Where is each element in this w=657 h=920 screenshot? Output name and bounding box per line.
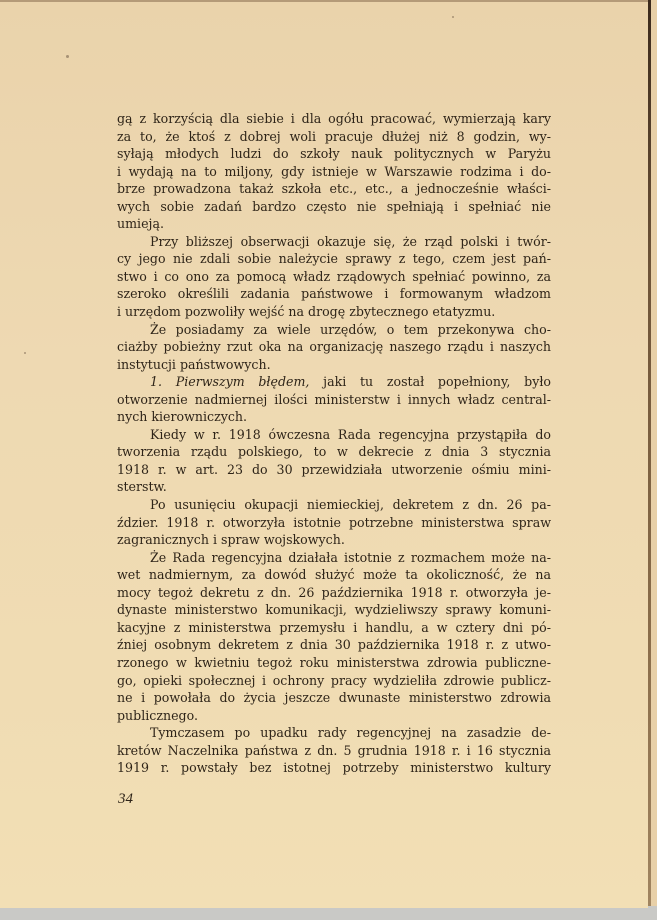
text-line: 1. Pierwszym błędem, jaki tu został pope… [117,373,551,391]
text-line: Że posiadamy za wiele urzędów, o tem prz… [117,321,551,339]
text-line: cy jego nie zdali sobie należycie sprawy… [117,250,551,268]
text-line: go, opieki społecznej i ochrony pracy wy… [117,672,551,690]
text-line: gą z korzyścią dla siebie i dla ogółu pr… [117,110,551,128]
text-line: rzonego w kwietniu tegoż roku ministerst… [117,654,551,672]
text-fragment: jaki tu został popełniony, było [309,374,551,389]
text-line: szeroko określili zadania państwowe i fo… [117,285,551,303]
paragraph: Że posiadamy za wiele urzędów, o tem prz… [117,321,551,374]
text-line: stwo i co ono za pomocą władz rządowych … [117,268,551,286]
page-number: 34 [118,791,133,808]
text-line: instytucji państwowych. [117,356,551,374]
text-line: syłają młodych ludzi do szkoły nauk poli… [117,145,551,163]
text-line: Że Rada regencyjna działała istotnie z r… [117,549,551,567]
next-page-edge [651,0,657,906]
text-line: zagranicznych i spraw wojskowych. [117,531,551,549]
paragraph: Że Rada regencyjna działała istotnie z r… [117,549,551,724]
paper-speck [66,55,69,58]
text-line: i wydają na to miljony, gdy istnieje w W… [117,163,551,181]
paragraph: Przy bliższej obserwacji okazuje się, że… [117,233,551,321]
paragraph: 1. Pierwszym błędem, jaki tu został pope… [117,373,551,426]
text-line: ździer. 1918 r. otworzyła istotnie potrz… [117,514,551,532]
text-line: dynaste ministerstwo komunikacji, wydzie… [117,601,551,619]
text-line: Tymczasem po upadku rady regencyjnej na … [117,724,551,742]
text-line: umieją. [117,215,551,233]
book-page: gą z korzyścią dla siebie i dla ogółu pr… [0,0,648,908]
text-line: tworzenia rządu polskiego, to w dekrecie… [117,443,551,461]
text-line: publicznego. [117,707,551,725]
paper-speck [452,16,454,18]
text-line: sterstw. [117,478,551,496]
text-line: za to, że ktoś z dobrej woli pracuje dłu… [117,128,551,146]
paragraph: Kiedy w r. 1918 ówczesna Rada regencyjna… [117,426,551,496]
text-line: wych sobie zadań bardzo często nie spełn… [117,198,551,216]
text-line: Kiedy w r. 1918 ówczesna Rada regencyjna… [117,426,551,444]
text-line: źniej osobnym dekretem z dnia 30 paździe… [117,636,551,654]
paragraph: Tymczasem po upadku rady regencyjnej na … [117,724,551,777]
text-line: kacyjne z ministerstwa przemysłu i handl… [117,619,551,637]
text-line: mocy tegoż dekretu z dn. 26 października… [117,584,551,602]
paragraph: Po usunięciu okupacji niemieckiej, dekre… [117,496,551,549]
text-line: Po usunięciu okupacji niemieckiej, dekre… [117,496,551,514]
text-line: otworzenie nadmiernej ilości ministerstw… [117,391,551,409]
italic-lead: 1. Pierwszym błędem, [150,374,309,389]
text-line: i urzędom pozwoliły wejść na drogę zbyte… [117,303,551,321]
paragraph: gą z korzyścią dla siebie i dla ogółu pr… [117,110,551,233]
text-line: Przy bliższej obserwacji okazuje się, że… [117,233,551,251]
text-line: brze prowadzona takaż szkoła etc., etc.,… [117,180,551,198]
paper-speck [24,352,26,354]
text-line: wet nadmiernym, za dowód służyć może ta … [117,566,551,584]
text-line: 1919 r. powstały bez istotnej potrzeby m… [117,759,551,777]
text-line: 1918 r. w art. 23 do 30 przewidziała utw… [117,461,551,479]
page-text: gą z korzyścią dla siebie i dla ogółu pr… [117,110,551,777]
text-line: nych kierowniczych. [117,408,551,426]
text-line: ciażby pobieżny rzut oka na organizację … [117,338,551,356]
text-line: kretów Naczelnika państwa z dn. 5 grudni… [117,742,551,760]
text-line: ne i powołała do życia jeszcze dwunaste … [117,689,551,707]
